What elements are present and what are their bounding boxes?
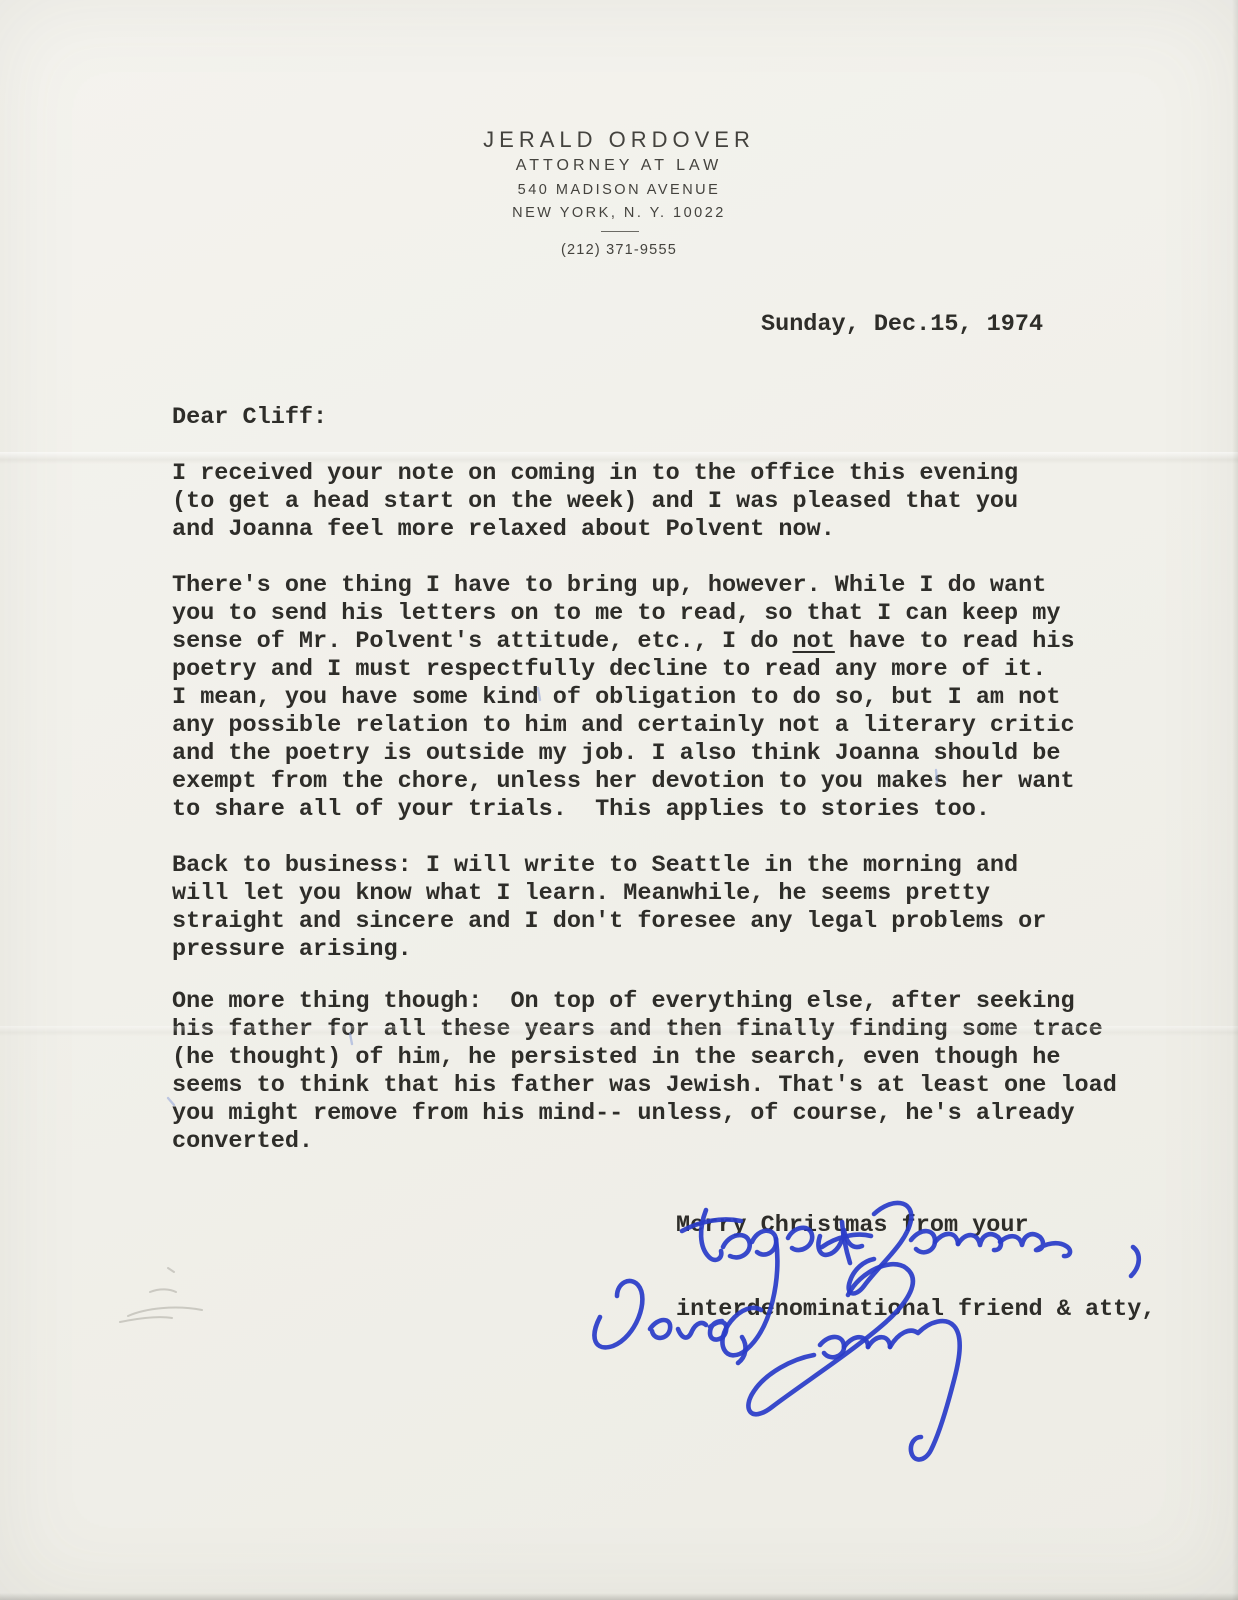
paragraph-4: One more thing though: On top of everyth…: [172, 988, 1182, 1156]
closing-line-2: interdenominational friend & atty,: [676, 1296, 1155, 1324]
closing: Merry Christmas from your interdenominat…: [676, 1156, 1155, 1380]
letterhead-address: 540 MADISON AVENUE: [0, 182, 1238, 198]
paragraph-1: I received your note on coming in to the…: [172, 460, 1182, 544]
letterhead-divider: [601, 231, 639, 232]
scan-edge-bottom: [0, 1593, 1238, 1600]
underlined-word-not: not: [793, 628, 835, 655]
pencil-smudge: [120, 1268, 202, 1322]
letter-page: JERALD ORDOVER ATTORNEY AT LAW 540 MADIS…: [0, 0, 1238, 1600]
letterhead-city: NEW YORK, N. Y. 10022: [0, 205, 1238, 221]
salutation: Dear Cliff:: [172, 404, 327, 432]
date-line: Sunday, Dec.15, 1974: [761, 311, 1043, 339]
paragraph-2: There's one thing I have to bring up, ho…: [172, 572, 1182, 824]
paper-fold-crease: [0, 452, 1238, 464]
letterhead-phone: (212) 371-9555: [0, 242, 1238, 258]
paragraph-2-text-cont: have to read his poetry and I must respe…: [172, 628, 1075, 823]
letterhead-name: JERALD ORDOVER: [0, 127, 1238, 153]
closing-line-1: Merry Christmas from your: [676, 1212, 1155, 1240]
letterhead-title: ATTORNEY AT LAW: [0, 157, 1238, 175]
paper-fold-crease-2: [0, 1026, 1238, 1036]
scan-edge-right: [1232, 0, 1238, 1600]
paragraph-3: Back to business: I will write to Seattl…: [172, 852, 1182, 964]
